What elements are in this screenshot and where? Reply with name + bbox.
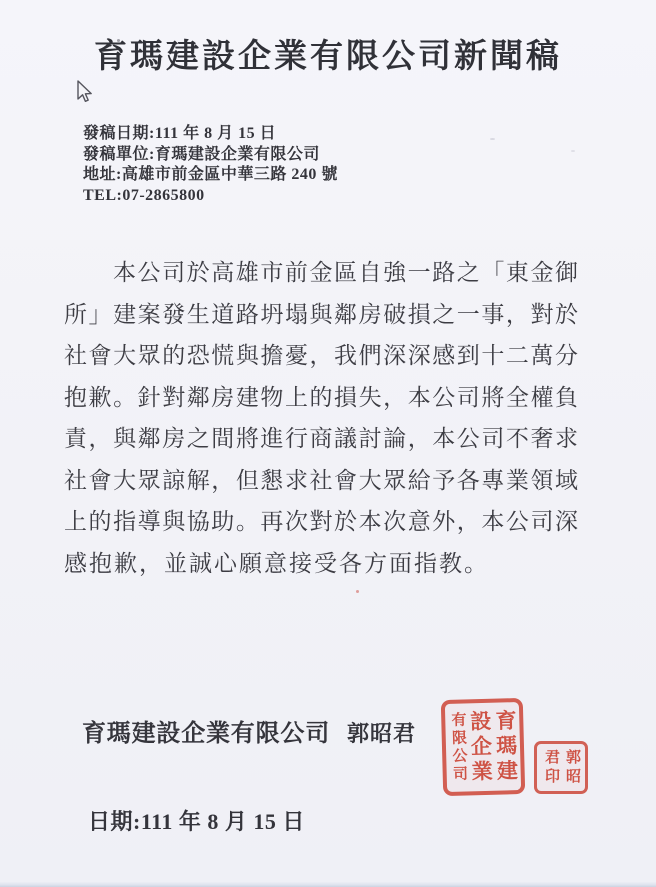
scan-speck — [356, 590, 359, 593]
press-release-document: 育瑪建設企業有限公司新聞稿 發稿日期:111 年 8 月 15 日 發稿單位:育… — [0, 0, 656, 887]
scan-speck — [571, 150, 575, 152]
footer-date-line: 日期:111 年 8 月 15 日 — [88, 805, 305, 836]
body-line: 上的指導與協助。再次對於本次意外，本公司深 — [64, 501, 578, 543]
personal-seal-stamp: 郭昭 君印 — [534, 741, 588, 794]
personal-seal-column: 郭昭 — [564, 749, 579, 787]
release-date-line: 發稿日期:111 年 8 月 15 日 — [83, 124, 338, 145]
scan-speck — [117, 39, 120, 42]
signature-row: 育瑪建設企業有限公司 郭昭君 — [82, 713, 416, 748]
tel-line: TEL:07-2865800 — [83, 186, 338, 207]
company-seal-column: 設企業 — [469, 709, 492, 785]
body-line: 社會大眾的恐慌與擔憂，我們深深感到十二萬分 — [64, 335, 578, 377]
mouse-cursor-icon — [76, 80, 94, 104]
body-line: 所」建案發生道路坍塌與鄰房破損之一事，對於 — [64, 294, 578, 336]
body-line: 責，與鄰房之間將進行商議討論，本公司不奢求 — [64, 418, 578, 460]
body-paragraph: 本公司於高雄市前金區自強一路之「東金御 所」建案發生道路坍塌與鄰房破損之一事，對… — [64, 252, 578, 584]
company-seal-column: 育瑪建 — [494, 709, 517, 785]
meta-block: 發稿日期:111 年 8 月 15 日 發稿單位:育瑪建設企業有限公司 地址:高… — [83, 124, 338, 206]
body-line: 社會大眾諒解，但懇求社會大眾給予各專業領域 — [64, 460, 578, 502]
signature-signer-name: 郭昭君 — [347, 717, 416, 748]
personal-seal-column: 君印 — [543, 749, 558, 787]
body-line: 感抱歉，並誠心願意接受各方面指教。 — [64, 543, 578, 585]
address-line: 地址:高雄市前金區中華三路 240 號 — [83, 165, 338, 186]
release-unit-line: 發稿單位:育瑪建設企業有限公司 — [83, 145, 338, 166]
body-line: 本公司於高雄市前金區自強一路之「東金御 — [64, 252, 578, 294]
company-seal-stamp: 育瑪建 設企業 有限公司 — [441, 698, 525, 796]
body-line: 抱歉。針對鄰房建物上的損失，本公司將全權負 — [64, 377, 578, 419]
scan-bottom-edge — [0, 882, 656, 887]
signature-company-name: 育瑪建設企業有限公司 — [82, 713, 330, 748]
document-title: 育瑪建設企業有限公司新聞稿 — [0, 30, 656, 77]
scan-speck — [490, 138, 495, 140]
company-seal-column: 有限公司 — [449, 711, 466, 783]
